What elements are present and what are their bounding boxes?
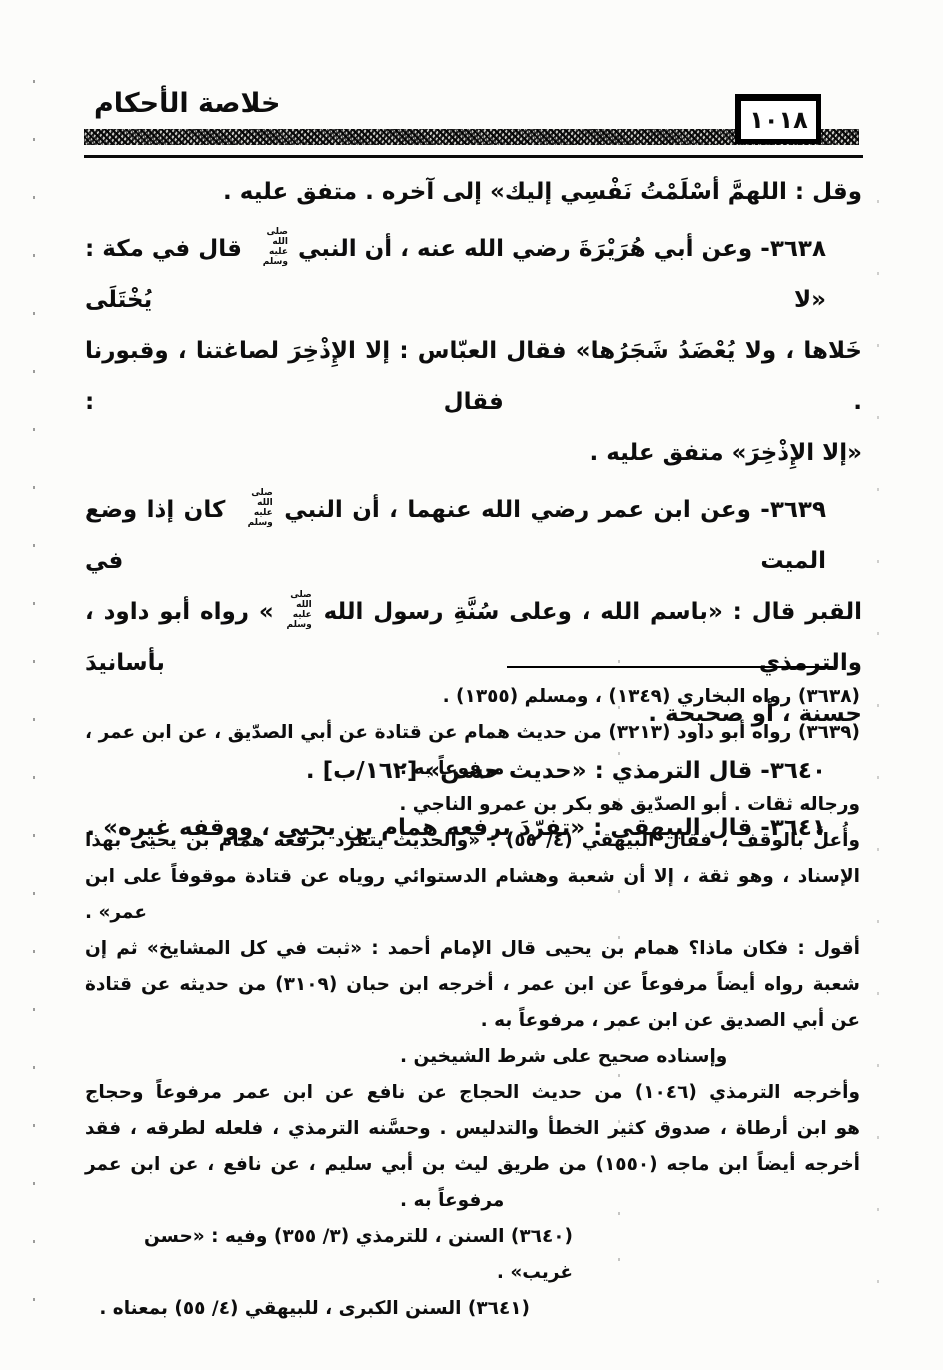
footnote-separator xyxy=(507,666,833,668)
footnote-line: شعبة رواه أيضاً مرفوعاً عن ابن عمر ، أخر… xyxy=(85,967,860,1003)
page-number-box: ١٠١٨ xyxy=(735,94,821,144)
footnote-line: (٣٦٣٨) رواه البخاري (١٣٤٩) ، ومسلم (١٣٥٥… xyxy=(85,679,860,715)
prophet-honorific-icon: صلى اللهعليه وسلم xyxy=(237,491,273,525)
scan-noise-artifact xyxy=(33,80,35,1330)
footnote-line: وإسناده صحيح على شرط الشيخين . xyxy=(400,1039,860,1075)
footnote-line: مرفوعاً به . xyxy=(400,751,860,787)
footnote-line: الإسناد ، وهو ثقة ، إلا أن شعبة وهشام ال… xyxy=(85,859,860,895)
hadith-line: «إلا الإِذْخِرَ» متفق عليه . xyxy=(85,428,862,479)
book-title: خلاصة الأحكام xyxy=(94,88,280,119)
footnote-line: (٣٦٣٩) رواه أبو داود (٣٢١٣) من حديث همام… xyxy=(85,715,860,751)
hadith-line: ٣٦٣٨- وعن أبي هُرَيْرَةَ رضي الله عنه ، … xyxy=(85,224,862,326)
footnote-line: ورجاله ثقات . أبو الصدّيق هو بكر بن عمرو… xyxy=(85,787,860,823)
footnote-line: وأُعلَّ بالوقف ، فقال البيهقي (٤/ ٥٥) : … xyxy=(85,823,860,859)
footnote-line: (٣٦٤١) السنن الكبرى ، للبيهقي (٤/ ٥٥) بم… xyxy=(85,1291,530,1327)
hadith-line: خَلاها ، ولا يُعْضَدُ شَجَرُها» فقال الع… xyxy=(85,326,862,428)
page-number: ١٠١٨ xyxy=(749,106,808,134)
book-page: خلاصة الأحكام ١٠١٨ وقل : اللهمَّ أسْلَمْ… xyxy=(0,0,943,1370)
header-rule xyxy=(84,155,863,158)
footnote-line: أخرجه أيضاً ابن ماجه (١٥٥٠) من طريق ليث … xyxy=(85,1147,860,1183)
hadith-line: ٣٦٣٩- وعن ابن عمر رضي الله عنهما ، أن ال… xyxy=(85,485,862,587)
prophet-honorific-icon: صلى اللهعليه وسلم xyxy=(252,230,288,264)
footnote-line: عن أبي الصديق عن ابن عمر ، مرفوعاً به . xyxy=(85,1003,860,1039)
scan-noise-artifact xyxy=(877,200,879,1300)
footnotes: (٣٦٣٨) رواه البخاري (١٣٤٩) ، ومسلم (١٣٥٥… xyxy=(85,679,860,1327)
footnote-line: وأخرجه الترمذي (١٠٤٦) من حديث الحجاج عن … xyxy=(85,1075,860,1111)
prophet-honorific-icon: صلى اللهعليه وسلم xyxy=(276,593,312,627)
hadith-line: وقل : اللهمَّ أسْلَمْتُ نَفْسِي إليك» إل… xyxy=(85,167,862,218)
hadith-paragraph: وقل : اللهمَّ أسْلَمْتُ نَفْسِي إليك» إل… xyxy=(85,167,862,218)
footnote-line: (٣٦٤٠) السنن ، للترمذي (٣/ ٣٥٥) وفيه : «… xyxy=(85,1219,573,1291)
hadith-line: القبر قال : «باسم الله ، وعلى سُنَّةِ رس… xyxy=(85,587,862,689)
hadith-paragraph: ٣٦٣٨- وعن أبي هُرَيْرَةَ رضي الله عنه ، … xyxy=(85,224,862,479)
footnote-line: أقول : فكان ماذا؟ همام بن يحيى قال الإما… xyxy=(85,931,860,967)
footnote-line: هو ابن أرطاة ، صدوق كثير الخطأ والتدليس … xyxy=(85,1111,860,1147)
footnote-line: مرفوعاً به . xyxy=(400,1183,860,1219)
footnote-line: عمر» . xyxy=(85,895,860,931)
